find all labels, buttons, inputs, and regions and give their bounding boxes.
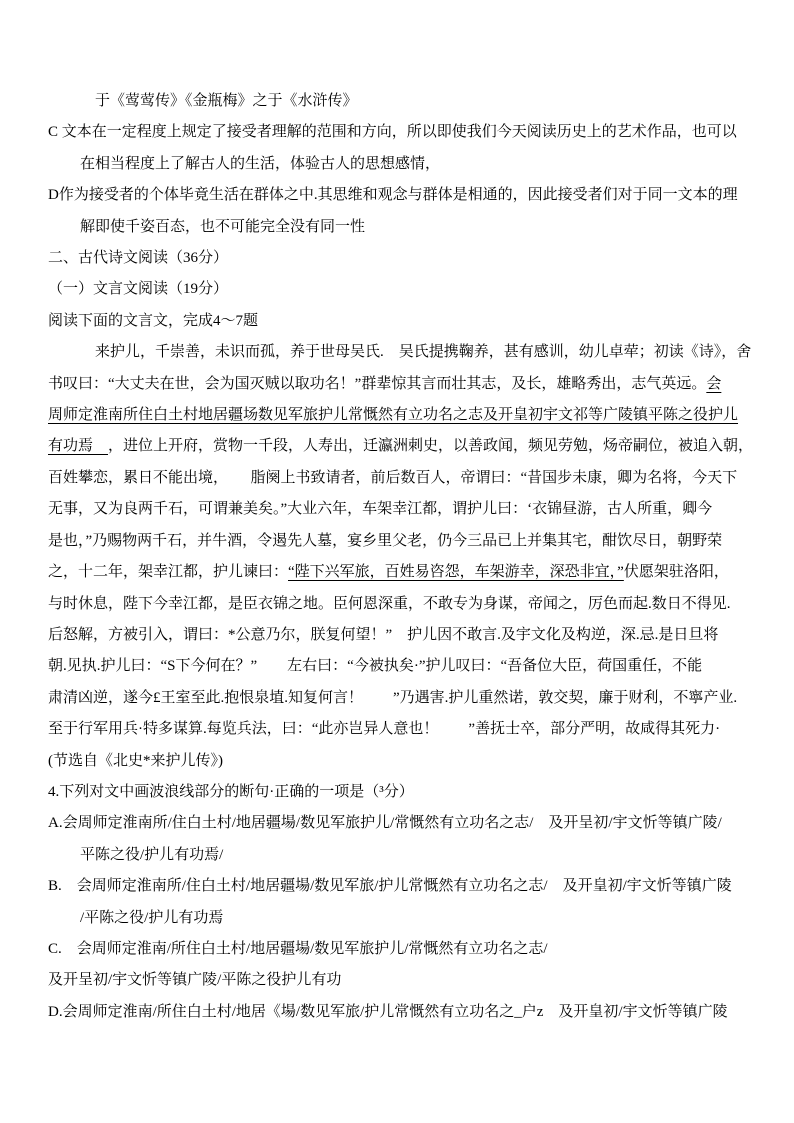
text-segment: 二、古代诗文阅读（36分） bbox=[48, 250, 228, 266]
text-segment: 是也，”乃赐物两千石，并牛酒，令遏先人墓，宴乡里父老，仍今三品已上并集其宅，酣饮… bbox=[48, 533, 722, 549]
question-4-option-b-continuation: /平陈之役/护儿有功焉 bbox=[48, 903, 764, 934]
question-4-option-a: A.会周师定淮南所/住白土村/地居疆場/数见军旅护儿/常慨然有立功名之志/ 及开… bbox=[48, 808, 764, 839]
question-4-stem: 4.下列对文中画波浪线部分的断句·正确的一项是（³分） bbox=[48, 777, 764, 808]
underlined-text-segment: 周师定淮南所住白土村地居疆场数见军旅护儿常慨然有立功名之志及开皇初宇文祁等广陵镇… bbox=[48, 407, 738, 423]
text-segment: 来护儿，千崇善，未识而孤，养于世母吴氏. 吴氏提携鞠养，甚有感训，幼儿卓荦；初读… bbox=[95, 344, 751, 360]
text-segment: (节选自《北史*来护儿传》) bbox=[48, 753, 223, 769]
passage-source: (节选自《北史*来护儿传》) bbox=[48, 746, 764, 777]
question-4-option-d: D.会周师定淮南/所住白土村/地居《場/数见军旅/护儿常慨然有立功名之_户z 及… bbox=[48, 997, 764, 1028]
text-segment: 在相当程度上了解古人的生活，体验古人的思想感情， bbox=[80, 156, 440, 172]
text-segment: 伏愿架驻洛阳， bbox=[624, 564, 729, 580]
text-segment: 4.下列对文中画波浪线部分的断句·正确的一项是（³分） bbox=[48, 784, 414, 800]
text-segment: 阅读下面的文言文，完成4～7题 bbox=[48, 313, 258, 329]
question-4-option-c-continuation: 及开呈初/宇文忻等镇广陵/平陈之役护儿有功 bbox=[48, 965, 764, 996]
subsection-1-heading: （一）文言文阅读（19分） bbox=[48, 274, 764, 305]
passage-instructions: 阅读下面的文言文，完成4～7题 bbox=[48, 306, 764, 337]
classical-passage-line: 后怒解，方被引入，谓曰：*公意乃尔，朕复何望！” 护儿因不敢言.及宇文化及构逆，… bbox=[48, 620, 764, 651]
reading-option-d-line: D作为接受者的个体毕竟生活在群体之中.其思维和观念与群体是相通的，因此接受者们对… bbox=[48, 180, 764, 211]
question-4-option-a-continuation: 平陈之役/护儿有功焉/ bbox=[48, 840, 764, 871]
text-segment: （一）文言文阅读（19分） bbox=[48, 281, 228, 297]
text-segment: 百姓攀恋，累日不能出境， 脂阕上书致请者，前后数百人，帝谓曰：“昔国步未康，卿为… bbox=[48, 470, 737, 486]
document-body: 于《莺莺传》《金瓶梅》之于《水浒传》C 文本在一定程度上规定了接受者理解的范围和… bbox=[48, 86, 764, 1028]
reading-option-line: 于《莺莺传》《金瓶梅》之于《水浒传》 bbox=[48, 86, 764, 117]
text-segment: 肃清凶逆，遂今£王室至此.抱恨泉埴.知复何言！ ”乃遇害.护儿重然诺，敦交契，廉… bbox=[48, 690, 737, 706]
text-segment: 无事，又为良两千石，可谓兼美矣。”大业六年，车架幸江都，谓护儿曰：‘衣锦昼游，古… bbox=[48, 501, 712, 517]
text-segment: 朝.见执.护儿曰：“S下今何在？” 左右曰：“今被执矣·”护儿叹曰：“吾备位大臣… bbox=[48, 658, 702, 674]
text-segment: /平陈之役/护儿有功焉 bbox=[80, 910, 223, 926]
text-segment: B. 会周师定淮南所/住白土村/地居疆場/数见军旅/护儿常慨然有立功名之志/ 及… bbox=[48, 878, 732, 894]
classical-passage-line: 肃清凶逆，遂今£王室至此.抱恨泉埴.知复何言！ ”乃遇害.护儿重然诺，敦交契，廉… bbox=[48, 683, 764, 714]
classical-passage-line: 至于行军用兵·特多谋算.每览兵法，曰：“此亦岂异人意也！ ”善抚士卒，部分严明，… bbox=[48, 714, 764, 745]
question-4-option-c: C. 会周师定淮南/所住白土村/地居疆場/数见军旅护儿/常慨然有立功名之志/ bbox=[48, 934, 764, 965]
reading-option-c-continuation: 在相当程度上了解古人的生活，体验古人的思想感情， bbox=[48, 149, 764, 180]
classical-passage-line: 无事，又为良两千石，可谓兼美矣。”大业六年，车架幸江都，谓护儿曰：‘衣锦昼游，古… bbox=[48, 494, 764, 525]
underlined-text-segment: 有功焉 bbox=[48, 438, 108, 454]
text-segment: 至于行军用兵·特多谋算.每览兵法，曰：“此亦岂异人意也！ ”善抚士卒，部分严明，… bbox=[48, 721, 720, 737]
text-segment: A.会周师定淮南所/住白土村/地居疆場/数见军旅护儿/常慨然有立功名之志/ 及开… bbox=[48, 815, 722, 831]
text-segment: 之，十二年，架幸江都，护儿谏曰： bbox=[48, 564, 288, 580]
text-segment: C. 会周师定淮南/所住白土村/地居疆場/数见军旅护儿/常慨然有立功名之志/ bbox=[48, 941, 548, 957]
classical-passage-line: 来护儿，千崇善，未识而孤，养于世母吴氏. 吴氏提携鞠养，甚有感训，幼儿卓荦；初读… bbox=[48, 337, 764, 368]
text-segment: ，进位上开府，赏物一千段，人寿出，迁瀛洲刺史，以善政闻，频见劳勉，炀帝嗣位，被追… bbox=[108, 438, 753, 454]
text-segment: D.会周师定淮南/所住白土村/地居《場/数见军旅/护儿常慨然有立功名之_户z 及… bbox=[48, 1004, 728, 1020]
classical-passage-line: 与时休息，陛下今幸江都，是臣衣锦之地。臣何恩深重，不敢专为身谋，帝闻之，厉色而起… bbox=[48, 589, 764, 620]
text-segment: 解即使千姿百态，也不可能完全没有同一性 bbox=[80, 219, 365, 235]
classical-passage-line: 朝.见执.护儿曰：“S下今何在？” 左右曰：“今被执矣·”护儿叹曰：“吾备位大臣… bbox=[48, 651, 764, 682]
text-segment: 书叹曰：“大丈夫在世，会为国灭贼以取功名！”群辈惊其言而壮其志，及长，雄略秀出，… bbox=[48, 376, 706, 392]
classical-passage-line: 是也，”乃赐物两千石，并牛酒，令遏先人墓，宴乡里父老，仍今三品已上并集其宅，酣饮… bbox=[48, 526, 764, 557]
text-segment: 于《莺莺传》《金瓶梅》之于《水浒传》 bbox=[95, 93, 358, 109]
classical-passage-line: 有功焉 ，进位上开府，赏物一千段，人寿出，迁瀛洲刺史，以善政闻，频见劳勉，炀帝嗣… bbox=[48, 431, 764, 462]
classical-passage-line: 之，十二年，架幸江都，护儿谏曰：“陛下兴军旅，百姓易咨怨，车架游幸，深恐非宜，”… bbox=[48, 557, 764, 588]
text-segment: D作为接受者的个体毕竟生活在群体之中.其思维和观念与群体是相通的，因此接受者们对… bbox=[48, 187, 738, 203]
text-segment: C 文本在一定程度上规定了接受者理解的范围和方向，所以即使我们今天阅读历史上的艺… bbox=[48, 124, 737, 140]
text-segment: 后怒解，方被引入，谓曰：*公意乃尔，朕复何望！” 护儿因不敢言.及宇文化及构逆，… bbox=[48, 627, 718, 643]
classical-passage-underlined-line: 周师定淮南所住白土村地居疆场数见军旅护儿常慨然有立功名之志及开皇初宇文祁等广陵镇… bbox=[48, 400, 764, 431]
reading-option-d-continuation: 解即使千姿百态，也不可能完全没有同一性 bbox=[48, 212, 764, 243]
classical-passage-line: 书叹曰：“大丈夫在世，会为国灭贼以取功名！”群辈惊其言而壮其志，及长，雄略秀出，… bbox=[48, 369, 764, 400]
text-segment: 平陈之役/护儿有功焉/ bbox=[80, 847, 223, 863]
underlined-text-segment: 会 bbox=[706, 376, 721, 392]
text-segment: 与时休息，陛下今幸江都，是臣衣锦之地。臣何恩深重，不敢专为身谋，帝闻之，厉色而起… bbox=[48, 596, 731, 612]
section-2-heading: 二、古代诗文阅读（36分） bbox=[48, 243, 764, 274]
document-page: 于《莺莺传》《金瓶梅》之于《水浒传》C 文本在一定程度上规定了接受者理解的范围和… bbox=[0, 0, 794, 1123]
classical-passage-line: 百姓攀恋，累日不能出境， 脂阕上书致请者，前后数百人，帝谓曰：“昔国步未康，卿为… bbox=[48, 463, 764, 494]
text-segment: 及开呈初/宇文忻等镇广陵/平陈之役护儿有功 bbox=[48, 972, 341, 988]
question-4-option-b: B. 会周师定淮南所/住白土村/地居疆場/数见军旅/护儿常慨然有立功名之志/ 及… bbox=[48, 871, 764, 902]
underlined-text-segment: “陛下兴军旅，百姓易咨怨，车架游幸，深恐非宜，” bbox=[288, 564, 624, 580]
reading-option-c-line: C 文本在一定程度上规定了接受者理解的范围和方向，所以即使我们今天阅读历史上的艺… bbox=[48, 117, 764, 148]
